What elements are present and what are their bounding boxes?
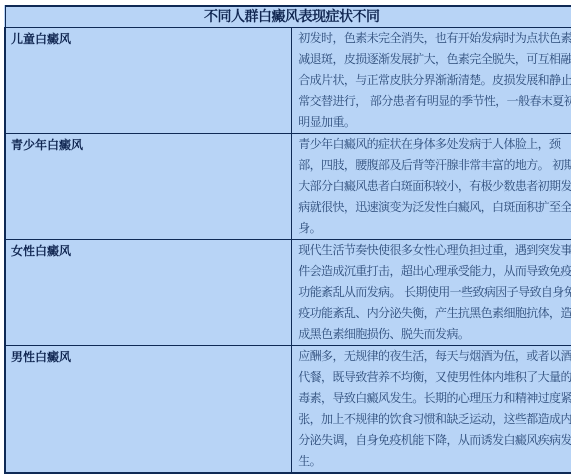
row-description: 初发时，色素未完全消失，也有开始发病时为点状色素减退斑，皮损逐渐发展扩大，色素完… (292, 28, 571, 134)
table-row-women: 女性白癜风 现代生活节奏快使很多女性心理负担过重，遇到突发事件会造成沉重打击，超… (5, 240, 571, 327)
vitiligo-symptoms-table: 不同人群白癜风表现症状不同 儿童白癜风 初发时，色素未完全消失，也有开始发病时为… (4, 5, 571, 326)
table-row-children: 儿童白癜风 初发时，色素未完全消失，也有开始发病时为点状色素减退斑，皮损逐渐发展… (5, 28, 571, 134)
row-description: 现代生活节奏快使很多女性心理负担过重，遇到突发事件会造成沉重打击，超出心理承受能… (292, 240, 571, 327)
row-label: 儿童白癜风 (5, 28, 292, 134)
table-title: 不同人群白癜风表现症状不同 (5, 6, 571, 28)
row-description: 青少年白癜风的症状在身体多处发病于人体脸上，颈部，四肢，腰腹部及后背等汗腺非常丰… (292, 134, 571, 240)
table-row-teenagers: 青少年白癜风 青少年白癜风的症状在身体多处发病于人体脸上，颈部，四肢，腰腹部及后… (5, 134, 571, 240)
row-label: 青少年白癜风 (5, 134, 292, 240)
row-label: 女性白癜风 (5, 240, 292, 327)
